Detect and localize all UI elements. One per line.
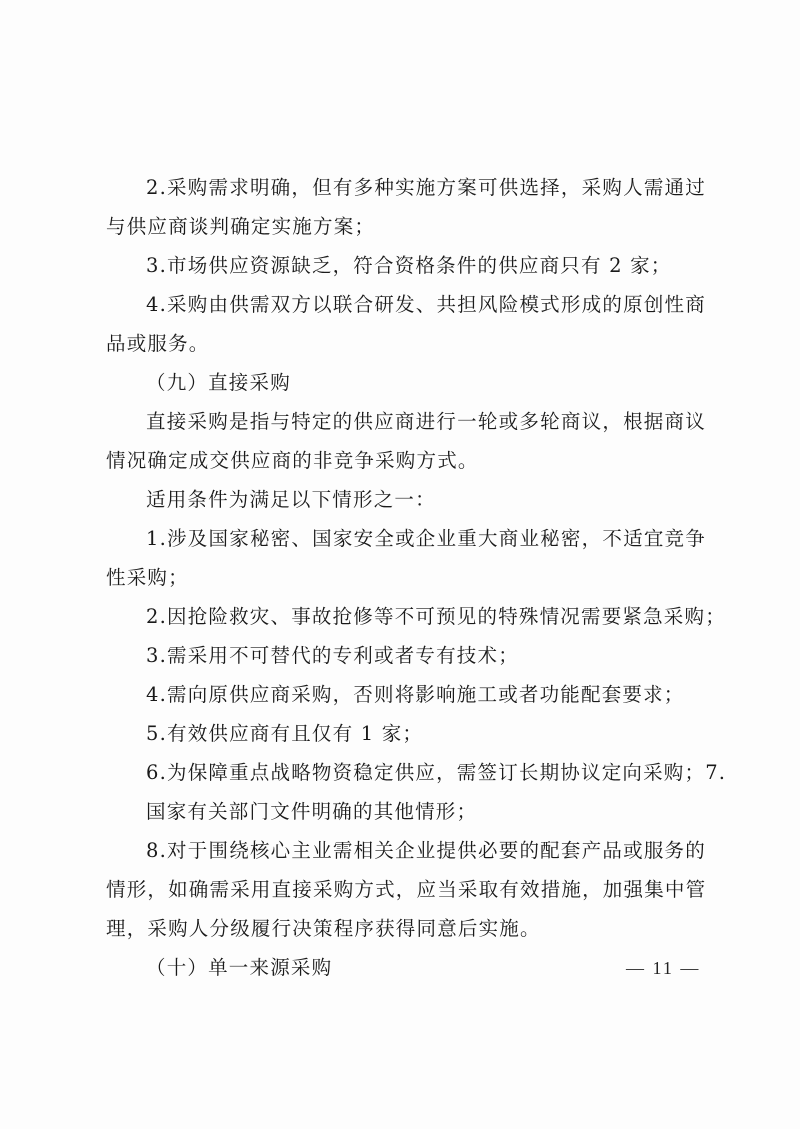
- text-line: 5.有效供应商有且仅有 1 家；: [106, 714, 706, 753]
- text-line: 2.因抢险救灾、事故抢修等不可预见的特殊情况需要紧急采购；: [106, 597, 706, 636]
- text-line: 8.对于围绕核心主业需相关企业提供必要的配套产品或服务的: [106, 831, 706, 870]
- section-heading: （九）直接采购: [106, 363, 706, 402]
- text-line: 适用条件为满足以下情形之一：: [106, 480, 706, 519]
- text-line: 4.需向原供应商采购，否则将影响施工或者功能配套要求；: [106, 675, 706, 714]
- section-heading: （十）单一来源采购: [106, 948, 706, 987]
- text-line: 性采购；: [106, 558, 706, 597]
- text-line: 6.为保障重点战略物资稳定供应，需签订长期协议定向采购；7.: [106, 753, 706, 792]
- page-number: — 11 —: [626, 958, 700, 979]
- text-line: 品或服务。: [106, 324, 706, 363]
- text-line: 情况确定成交供应商的非竞争采购方式。: [106, 441, 706, 480]
- text-line: 3.需采用不可替代的专利或者专有技术；: [106, 636, 706, 675]
- text-line: 2.采购需求明确，但有多种实施方案可供选择，采购人需通过: [106, 168, 706, 207]
- text-line: 3.市场供应资源缺乏，符合资格条件的供应商只有 2 家；: [106, 246, 706, 285]
- text-line: 情形，如确需采用直接采购方式，应当采取有效措施，加强集中管: [106, 870, 706, 909]
- text-line: 4.采购由供需双方以联合研发、共担风险模式形成的原创性商: [106, 285, 706, 324]
- text-line: 国家有关部门文件明确的其他情形；: [106, 792, 706, 831]
- text-line: 与供应商谈判确定实施方案；: [106, 207, 706, 246]
- text-line: 理，采购人分级履行决策程序获得同意后实施。: [106, 909, 706, 948]
- document-page: 2.采购需求明确，但有多种实施方案可供选择，采购人需通过 与供应商谈判确定实施方…: [0, 0, 800, 1129]
- text-line: 直接采购是指与特定的供应商进行一轮或多轮商议，根据商议: [106, 402, 706, 441]
- body-text: 2.采购需求明确，但有多种实施方案可供选择，采购人需通过 与供应商谈判确定实施方…: [106, 168, 706, 987]
- text-line: 1.涉及国家秘密、国家安全或企业重大商业秘密，不适宜竞争: [106, 519, 706, 558]
